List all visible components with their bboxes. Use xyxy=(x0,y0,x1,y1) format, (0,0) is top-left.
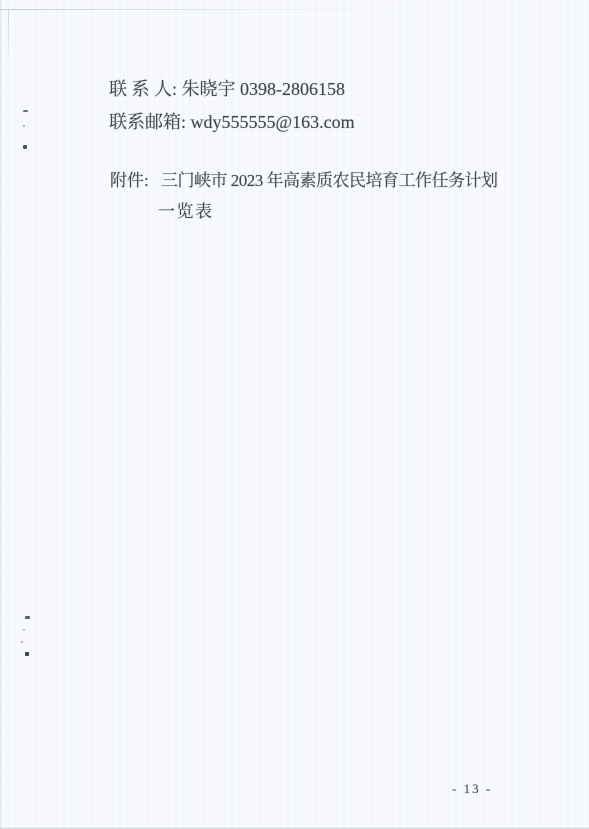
scan-speck xyxy=(23,125,25,127)
page-scan-edge-left xyxy=(8,9,9,69)
page-scan-edge-left-shade xyxy=(0,0,2,829)
scan-speck xyxy=(23,629,25,631)
attachment-label: 附件: xyxy=(110,171,149,191)
scan-speck xyxy=(23,145,27,149)
contact-person-line: 联 系 人: 朱晓宇 0398-2806158 xyxy=(109,79,345,100)
scan-speck xyxy=(25,652,29,656)
scan-speck xyxy=(21,641,23,643)
page-scan-edge-top xyxy=(0,9,430,10)
attachment-title-line2: 一览表 xyxy=(158,202,214,222)
scan-speck xyxy=(23,110,28,112)
scan-speck xyxy=(25,616,30,619)
page-number: - 13 - xyxy=(452,782,492,797)
scanned-document-page: 联 系 人: 朱晓宇 0398-2806158 联系邮箱: wdy555555@… xyxy=(0,0,589,829)
attachment-title-line1: 三门峡市 2023 年高素质农民培育工作任务计划 xyxy=(161,171,498,191)
contact-email-line: 联系邮箱: wdy555555@163.com xyxy=(109,112,355,133)
